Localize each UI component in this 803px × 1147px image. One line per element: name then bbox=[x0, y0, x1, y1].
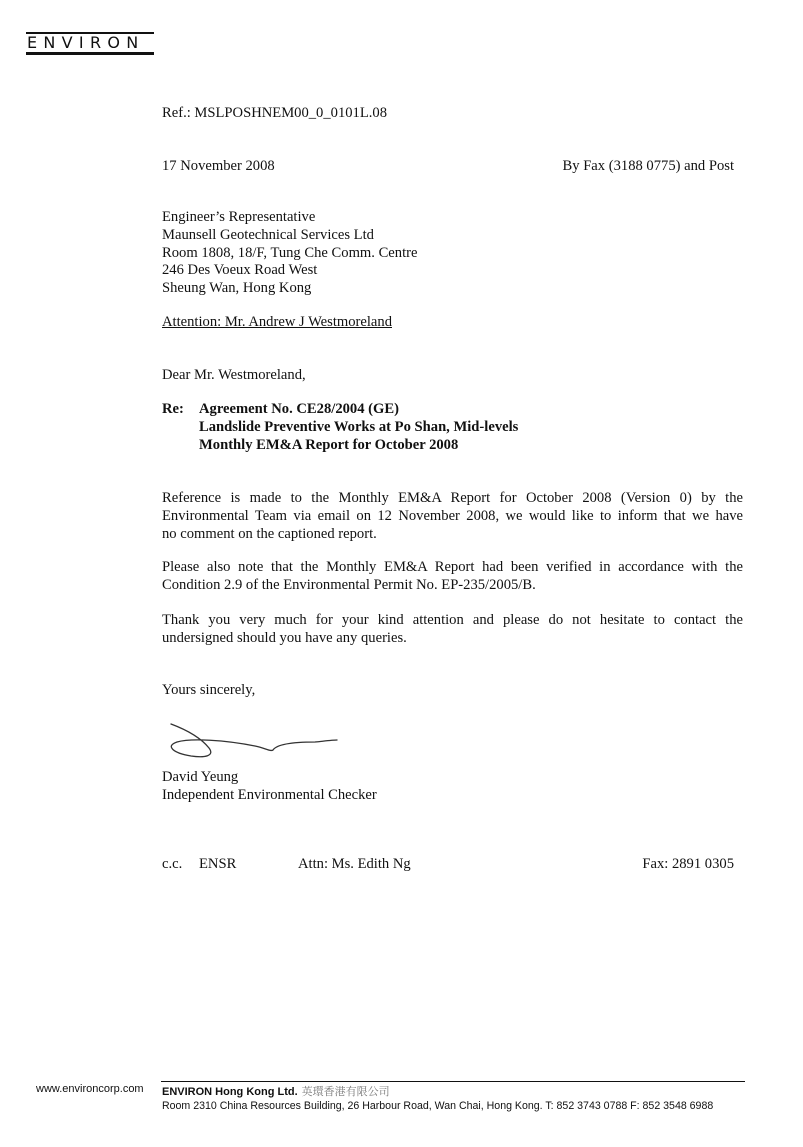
cc-label: c.c. bbox=[162, 856, 182, 873]
cc-fax: Fax: 2891 0305 bbox=[642, 856, 734, 873]
paragraph-line: no comment on the captioned report. bbox=[162, 525, 743, 543]
cc-company: ENSR bbox=[199, 856, 236, 873]
paragraph-line: Please also note that the Monthly EM&A R… bbox=[162, 558, 743, 576]
footer-divider bbox=[161, 1081, 745, 1082]
recipient-line: Maunsell Geotechnical Services Ltd bbox=[162, 227, 417, 245]
footer-company-name: ENVIRON Hong Kong Ltd. bbox=[162, 1086, 298, 1098]
logo-wordmark: ENVIRON bbox=[26, 34, 154, 52]
body-paragraph-3: Thank you very much for your kind attent… bbox=[162, 611, 743, 647]
cc-attention: Attn: Ms. Edith Ng bbox=[298, 856, 411, 873]
paragraph-line: undersigned should you have any queries. bbox=[162, 629, 743, 647]
logo-bottom-rule bbox=[26, 52, 154, 55]
recipient-line: Room 1808, 18/F, Tung Che Comm. Centre bbox=[162, 245, 417, 263]
salutation: Dear Mr. Westmoreland, bbox=[162, 366, 306, 384]
environ-logo: ENVIRON bbox=[26, 32, 154, 55]
recipient-address: Engineer’s Representative Maunsell Geote… bbox=[162, 209, 417, 298]
closing: Yours sincerely, bbox=[162, 681, 255, 699]
subject-line: Landslide Preventive Works at Po Shan, M… bbox=[199, 418, 518, 436]
subject-line: Agreement No. CE28/2004 (GE) bbox=[199, 400, 518, 418]
recipient-line: Sheung Wan, Hong Kong bbox=[162, 280, 417, 298]
paragraph-line: Thank you very much for your kind attent… bbox=[162, 611, 743, 629]
body-paragraph-2: Please also note that the Monthly EM&A R… bbox=[162, 558, 743, 594]
letter-date: 17 November 2008 bbox=[162, 157, 275, 175]
reference-number: Ref.: MSLPOSHNEM00_0_0101L.08 bbox=[162, 104, 387, 122]
footer-company: ENVIRON Hong Kong Ltd.英環香港有限公司 bbox=[162, 1083, 390, 1099]
body-paragraph-1: Reference is made to the Monthly EM&A Re… bbox=[162, 489, 743, 543]
paragraph-line: Condition 2.9 of the Environmental Permi… bbox=[162, 576, 743, 594]
recipient-line: 246 Des Voeux Road West bbox=[162, 262, 417, 280]
footer-address: Room 2310 China Resources Building, 26 H… bbox=[162, 1100, 713, 1112]
delivery-method: By Fax (3188 0775) and Post bbox=[563, 157, 734, 175]
subject-lines: Agreement No. CE28/2004 (GE) Landslide P… bbox=[199, 400, 518, 454]
subject-label: Re: bbox=[162, 400, 184, 418]
attention-line: Attention: Mr. Andrew J Westmoreland bbox=[162, 314, 392, 331]
signatory-title: Independent Environmental Checker bbox=[162, 786, 377, 804]
paragraph-line: Environmental Team via email on 12 Novem… bbox=[162, 507, 743, 525]
signatory-name: David Yeung bbox=[162, 768, 238, 786]
paragraph-line: Reference is made to the Monthly EM&A Re… bbox=[162, 489, 743, 507]
footer-company-chinese: 英環香港有限公司 bbox=[302, 1085, 390, 1098]
signature-icon bbox=[165, 718, 345, 765]
subject-line: Monthly EM&A Report for October 2008 bbox=[199, 436, 518, 454]
footer-website[interactable]: www.environcorp.com bbox=[36, 1083, 144, 1095]
recipient-line: Engineer’s Representative bbox=[162, 209, 417, 227]
